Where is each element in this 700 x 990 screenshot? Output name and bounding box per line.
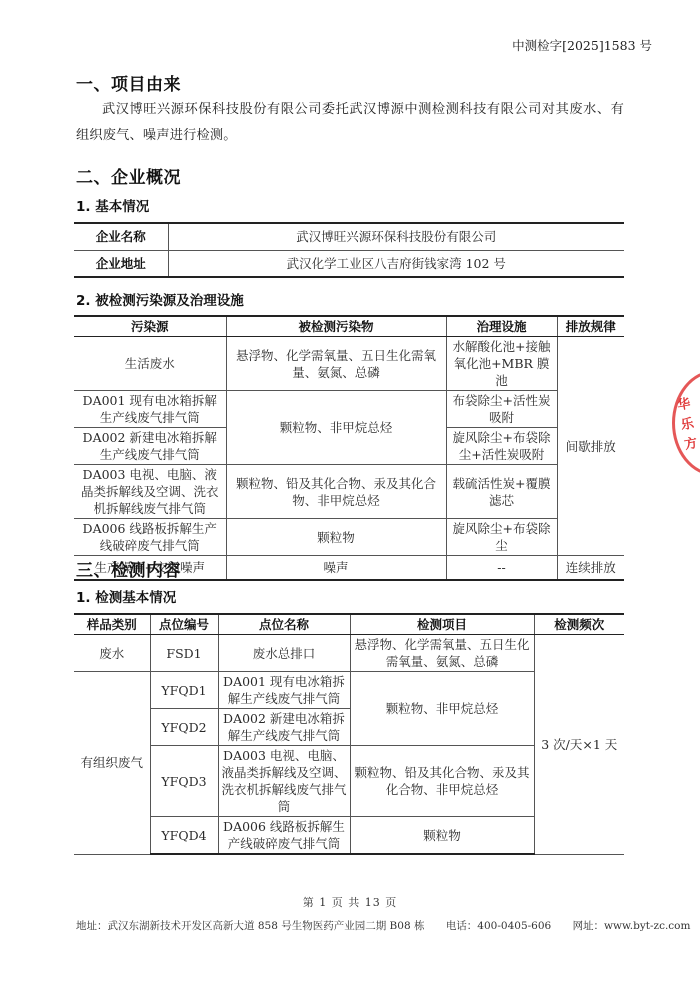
section-title-company-overview: 二、企业概况 [76,163,181,188]
pollutants-cell: 颗粒物、非甲烷总烃 [226,391,446,465]
header-category: 样品类别 [74,614,150,635]
table-row: DA003 电视、电脑、液晶类拆解线及空调、洗衣机拆解线废气排气筒 颗粒物、铅及… [74,465,624,519]
document-number: 中测检字[2025]1583 号 [512,36,652,54]
category-cell: 有组织废气 [74,672,150,855]
header-items: 检测项目 [350,614,534,635]
name-cell: DA006 线路板拆解生产线破碎废气排气筒 [218,817,350,855]
company-name-label: 企业名称 [74,223,168,250]
pollution-sources-table: 污染源 被检测污染物 治理设施 排放规律 生活废水 悬浮物、化学需氧量、五日生化… [74,315,624,581]
source-cell: DA003 电视、电脑、液晶类拆解线及空调、洗衣机拆解线废气排气筒 [74,465,226,519]
header-pattern: 排放规律 [557,316,624,337]
items-cell: 悬浮物、化学需氧量、五日生化需氧量、氨氮、总磷 [350,635,534,672]
name-cell: DA002 新建电冰箱拆解生产线废气排气筒 [218,709,350,746]
section-title-test-content: 三、检测内容 [76,556,181,581]
table-row: 废水 FSD1 废水总排口 悬浮物、化学需氧量、五日生化需氧量、氨氮、总磷 3 … [74,635,624,672]
footer-website: 网址：www.byt-zc.com [573,920,691,932]
pollutants-cell: 颗粒物 [226,519,446,556]
company-address-value: 武汉化学工业区八吉府街钱家湾 102 号 [168,250,624,277]
pattern-cell-intermittent: 间歇排放 [557,337,624,556]
table-row: 企业名称 武汉博旺兴源环保科技股份有限公司 [74,223,624,250]
code-cell: YFQD2 [150,709,218,746]
test-basics-table: 样品类别 点位编号 点位名称 检测项目 检测频次 废水 FSD1 废水总排口 悬… [74,613,624,855]
footer-contact: 地址：武汉东湖新技术开发区高新大道 858 号生物医药产业园二期 B08 栋 电… [76,918,636,933]
category-cell: 废水 [74,635,150,672]
frequency-cell: 3 次/天×1 天 [534,635,624,855]
items-cell: 颗粒物、铅及其化合物、汞及其化合物、非甲烷总烃 [350,746,534,817]
table-header-row: 污染源 被检测污染物 治理设施 排放规律 [74,316,624,337]
footer-phone: 电话：400-0405-606 [446,920,551,932]
code-cell: FSD1 [150,635,218,672]
page-number: 第 1 页 共 13 页 [0,894,700,910]
subsection-title-pollution-sources: 2. 被检测污染源及治理设施 [76,289,244,309]
header-name: 点位名称 [218,614,350,635]
items-cell: 颗粒物 [350,817,534,855]
pattern-cell-continuous: 连续排放 [557,556,624,580]
header-facility: 治理设施 [446,316,557,337]
pollutants-cell: 噪声 [226,556,446,580]
source-cell: DA006 线路板拆解生产线破碎废气排气筒 [74,519,226,556]
facility-cell: 布袋除尘+活性炭吸附 [446,391,557,428]
footer-address: 地址：武汉东湖新技术开发区高新大道 858 号生物医药产业园二期 B08 栋 [76,920,424,932]
source-cell: DA002 新建电冰箱拆解生产线废气排气筒 [74,428,226,465]
header-frequency: 检测频次 [534,614,624,635]
code-cell: YFQD1 [150,672,218,709]
basic-info-table: 企业名称 武汉博旺兴源环保科技股份有限公司 企业地址 武汉化学工业区八吉府街钱家… [74,222,624,278]
table-row: DA006 线路板拆解生产线破碎废气排气筒 颗粒物 旋风除尘+布袋除尘 [74,519,624,556]
facility-cell: 水解酸化池+接触氧化池+MBR 膜池 [446,337,557,391]
subsection-title-test-basics: 1. 检测基本情况 [76,586,176,606]
code-cell: YFQD4 [150,817,218,855]
pollutants-cell: 颗粒物、铅及其化合物、汞及其化合物、非甲烷总烃 [226,465,446,519]
company-name-value: 武汉博旺兴源环保科技股份有限公司 [168,223,624,250]
table-header-row: 样品类别 点位编号 点位名称 检测项目 检测频次 [74,614,624,635]
table-row: 生活废水 悬浮物、化学需氧量、五日生化需氧量、氨氮、总磷 水解酸化池+接触氧化池… [74,337,624,391]
name-cell: 废水总排口 [218,635,350,672]
table-row: 企业地址 武汉化学工业区八吉府街钱家湾 102 号 [74,250,624,277]
facility-cell: 旋风除尘+布袋除尘+活性炭吸附 [446,428,557,465]
facility-cell: 载硫活性炭+覆膜滤芯 [446,465,557,519]
facility-cell: -- [446,556,557,580]
name-cell: DA001 现有电冰箱拆解生产线废气排气筒 [218,672,350,709]
pollutants-cell: 悬浮物、化学需氧量、五日生化需氧量、氨氮、总磷 [226,337,446,391]
header-pollutants: 被检测污染物 [226,316,446,337]
items-cell: 颗粒物、非甲烷总烃 [350,672,534,746]
company-address-label: 企业地址 [74,250,168,277]
name-cell: DA003 电视、电脑、液晶类拆解线及空调、洗衣机拆解线废气排气筒 [218,746,350,817]
source-cell: DA001 现有电冰箱拆解生产线废气排气筒 [74,391,226,428]
facility-cell: 旋风除尘+布袋除尘 [446,519,557,556]
section-title-project-origin: 一、项目由来 [76,70,181,95]
project-origin-paragraph: 武汉博旺兴源环保科技股份有限公司委托武汉博源中测检测科技有限公司对其废水、有组织… [76,97,624,149]
source-cell: 生活废水 [74,337,226,391]
header-code: 点位编号 [150,614,218,635]
table-row: DA001 现有电冰箱拆解生产线废气排气筒 颗粒物、非甲烷总烃 布袋除尘+活性炭… [74,391,624,428]
header-source: 污染源 [74,316,226,337]
subsection-title-basic-info: 1. 基本情况 [76,195,149,215]
code-cell: YFQD3 [150,746,218,817]
